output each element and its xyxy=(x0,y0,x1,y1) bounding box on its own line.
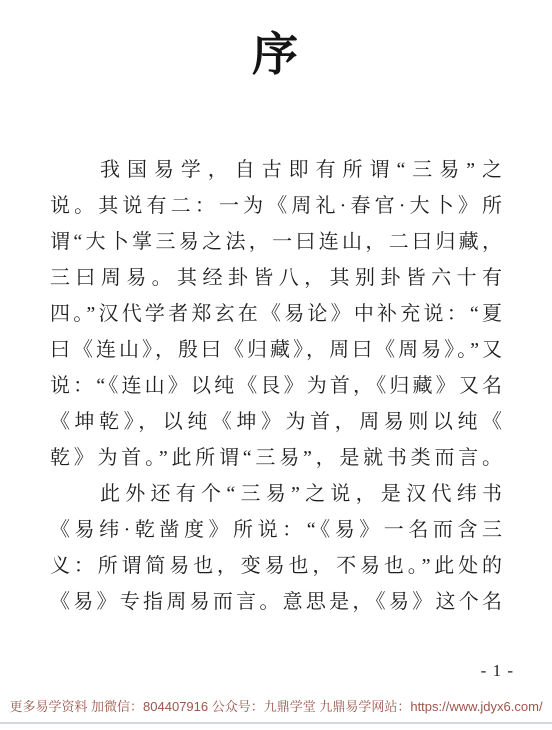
body-line: 曰《连山》，殷曰《归藏》，周曰《周易》。”又 xyxy=(50,332,502,368)
footer-divider xyxy=(0,722,552,724)
body-text: 我国易学，自古即有所谓“三易”之 说。其说有二：一为《周礼·春官·大卜》所 谓“… xyxy=(50,152,502,620)
footer-promo-text: 更多易学资料 加微信：804407916 公众号：九鼎学堂 九鼎易学网站：htt… xyxy=(0,699,552,715)
body-line: 说：“《连山》以纯《艮》为首，《归藏》又名 xyxy=(50,368,502,404)
body-line: 《易》专指周易而言。意思是，《易》这个名 xyxy=(50,584,502,620)
body-line: 四。”汉代学者郑玄在《易论》中补充说：“夏 xyxy=(50,296,502,332)
book-page: 序 我国易学，自古即有所谓“三易”之 说。其说有二：一为《周礼·春官·大卜》所 … xyxy=(0,0,552,730)
footer: 更多易学资料 加微信：804407916 公众号：九鼎学堂 九鼎易学网站：htt… xyxy=(0,694,552,730)
page-title: 序 xyxy=(0,28,552,82)
body-line: 三曰周易。其经卦皆八，其别卦皆六十有 xyxy=(50,260,502,296)
body-line: 此外还有个“三易”之说，是汉代纬书 xyxy=(50,476,502,512)
body-line: 说。其说有二：一为《周礼·春官·大卜》所 xyxy=(50,188,502,224)
body-line: 义：所谓简易也，变易也，不易也。”此处的 xyxy=(50,548,502,584)
body-line: 《易纬·乾凿度》所说：“《易》一名而含三 xyxy=(50,512,502,548)
page-number: - 1 - xyxy=(0,661,514,681)
body-line: 乾》为首。”此所谓“三易”，是就书类而言。 xyxy=(50,440,502,476)
body-line: 我国易学，自古即有所谓“三易”之 xyxy=(50,152,502,188)
body-line: 谓“大卜掌三易之法，一曰连山，二曰归藏， xyxy=(50,224,502,260)
body-line: 《坤乾》，以纯《坤》为首，周易则以纯《 xyxy=(50,404,502,440)
